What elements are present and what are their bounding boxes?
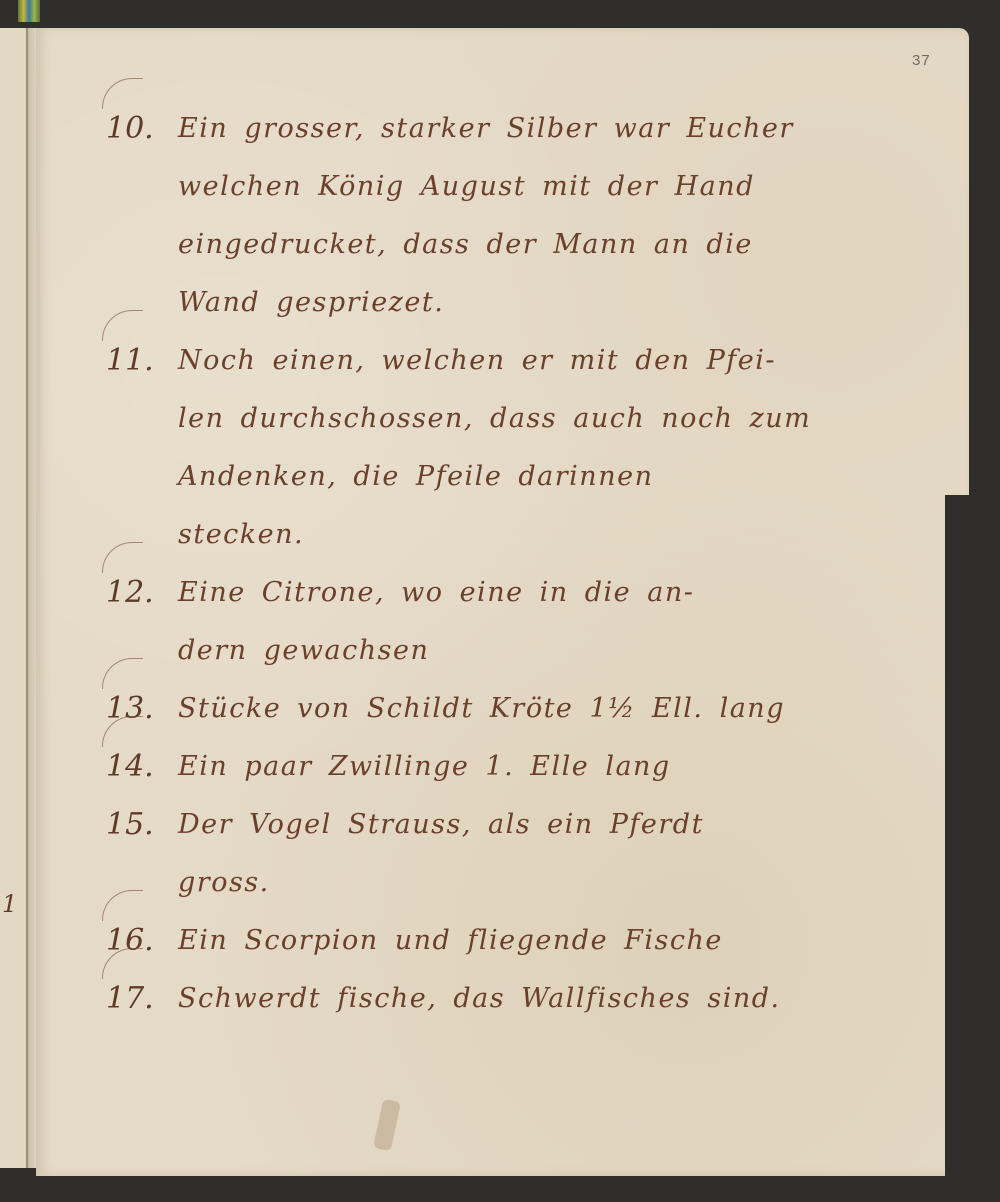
entry-number: 15. bbox=[100, 796, 178, 854]
page-edge-shadow bbox=[945, 495, 969, 1176]
entry-14: 14. Ein paar Zwillinge 1. Elle lang bbox=[100, 738, 940, 796]
entry-text: Ein grosser, starker Silber war Eucher w… bbox=[178, 100, 940, 332]
entry-text: Schwerdt fische, das Wallfisches sind. bbox=[178, 970, 940, 1028]
entry-line: Ein paar Zwillinge 1. Elle lang bbox=[178, 738, 940, 796]
entry-line: welchen König August mit der Hand bbox=[178, 158, 940, 216]
previous-page-edge: 1 bbox=[0, 28, 28, 1168]
page-number: 37 bbox=[912, 52, 931, 69]
entry-text: Stücke von Schildt Kröte 1½ Ell. lang bbox=[178, 680, 940, 738]
entry-text: Der Vogel Strauss, als ein Pferdt gross. bbox=[178, 796, 940, 912]
entry-line: Noch einen, welchen er mit den Pfei- bbox=[178, 332, 940, 390]
entry-line: eingedrucket, dass der Mann an die bbox=[178, 216, 940, 274]
entry-line: Stücke von Schildt Kröte 1½ Ell. lang bbox=[178, 680, 940, 738]
entry-line: gross. bbox=[178, 854, 940, 912]
entry-line: len durchschossen, dass auch noch zum bbox=[178, 390, 940, 448]
entry-line: Ein grosser, starker Silber war Eucher bbox=[178, 100, 940, 158]
entry-17: 17. Schwerdt fische, das Wallfisches sin… bbox=[100, 970, 940, 1028]
entry-12: 12. Eine Citrone, wo eine in die an- der… bbox=[100, 564, 940, 680]
entry-text: Eine Citrone, wo eine in die an- dern ge… bbox=[178, 564, 940, 680]
entry-text: Ein Scorpion und fliegende Fische bbox=[178, 912, 940, 970]
entry-16: 16. Ein Scorpion und fliegende Fische bbox=[100, 912, 940, 970]
entry-line: Schwerdt fische, das Wallfisches sind. bbox=[178, 970, 940, 1028]
entry-line: Wand gespriezet. bbox=[178, 274, 940, 332]
entry-11: 11. Noch einen, welchen er mit den Pfei-… bbox=[100, 332, 940, 564]
entry-line: Andenken, die Pfeile darinnen bbox=[178, 448, 940, 506]
entry-10: 10. Ein grosser, starker Silber war Euch… bbox=[100, 100, 940, 332]
entry-line: stecken. bbox=[178, 506, 940, 564]
entry-line: Eine Citrone, wo eine in die an- bbox=[178, 564, 940, 622]
previous-page-mark: 1 bbox=[2, 890, 17, 918]
entry-list: 10. Ein grosser, starker Silber war Euch… bbox=[100, 100, 940, 1028]
entry-line: Der Vogel Strauss, als ein Pferdt bbox=[178, 796, 940, 854]
entry-text: Ein paar Zwillinge 1. Elle lang bbox=[178, 738, 940, 796]
entry-text: Noch einen, welchen er mit den Pfei- len… bbox=[178, 332, 940, 564]
entry-line: dern gewachsen bbox=[178, 622, 940, 680]
binding-thread bbox=[18, 0, 40, 22]
entry-13: 13. Stücke von Schildt Kröte 1½ Ell. lan… bbox=[100, 680, 940, 738]
entry-15: 15. Der Vogel Strauss, als ein Pferdt gr… bbox=[100, 796, 940, 912]
entry-line: Ein Scorpion und fliegende Fische bbox=[178, 912, 940, 970]
